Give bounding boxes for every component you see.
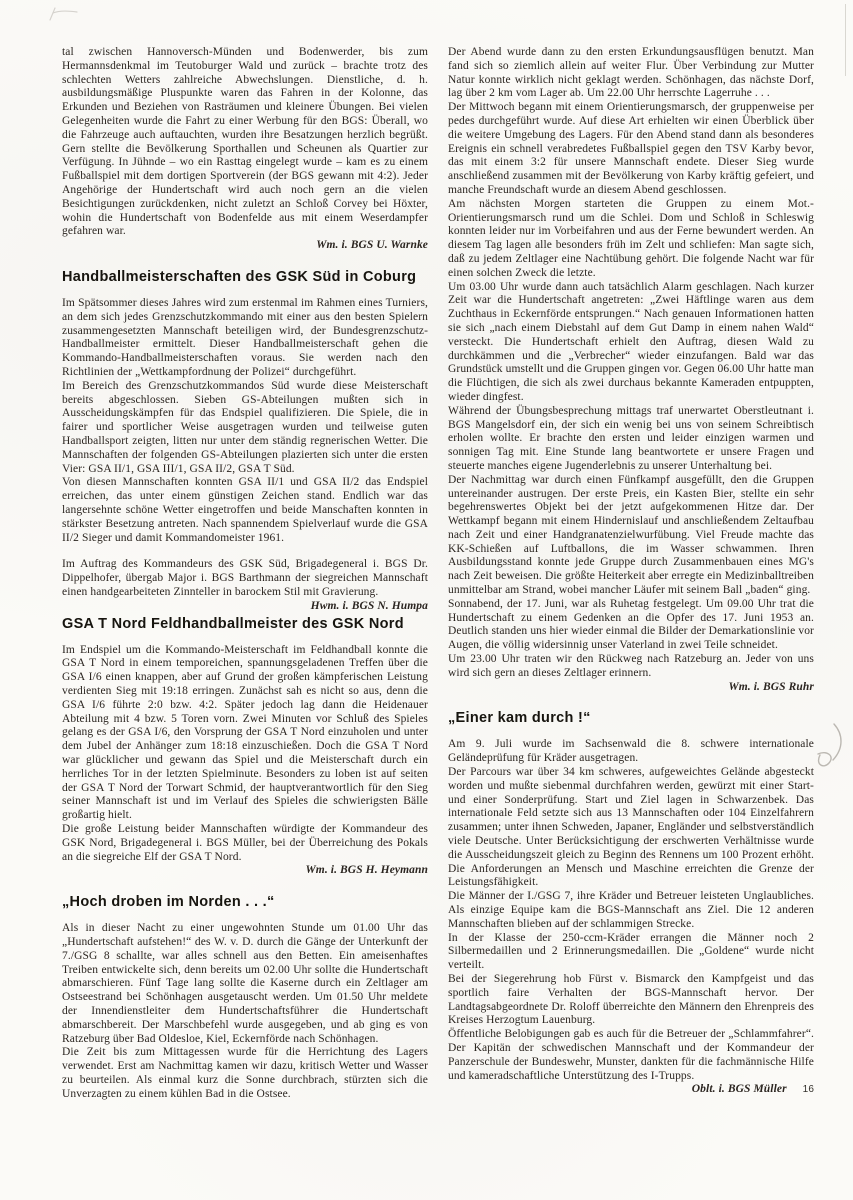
paragraph: Öffentliche Belobigungen gab es auch für…	[448, 1028, 814, 1083]
signature-row: Oblt. i. BGS Müller 16	[448, 1083, 814, 1097]
section-heading: „Einer kam durch !“	[448, 710, 814, 727]
paragraph: Als in dieser Nacht zu einer ungewohnten…	[62, 922, 428, 1046]
paragraph: Von diesen Mannschaften konnten GSA II/1…	[62, 476, 428, 545]
page-number: 16	[803, 1083, 814, 1097]
section-heading: „Hoch droben im Norden . . .“	[62, 894, 428, 911]
signature: Wm. i. BGS U. Warnke	[62, 239, 428, 253]
signature: Wm. i. BGS H. Heymann	[62, 864, 428, 878]
left-column: tal zwischen Hannoversch-Münden und Bode…	[62, 46, 428, 1102]
signature: Oblt. i. BGS Müller	[692, 1083, 787, 1097]
paragraph: Der Mittwoch begann mit einem Orientieru…	[448, 101, 814, 198]
paragraph: Im Bereich des Grenzschutzkommandos Süd …	[62, 380, 428, 477]
paragraph: Am 9. Juli wurde im Sachsenwald die 8. s…	[448, 738, 814, 766]
paragraph: Bei der Siegerehrung hob Fürst v. Bismar…	[448, 973, 814, 1028]
scan-edge-line	[845, 4, 846, 76]
paragraph: In der Klasse der 250-ccm-Kräder errange…	[448, 932, 814, 973]
two-column-layout: tal zwischen Hannoversch-Münden und Bode…	[0, 0, 853, 1102]
paragraph: Der Nachmittag war durch einen Fünfkampf…	[448, 474, 814, 598]
paragraph: Am nächsten Morgen starteten die Gruppen…	[448, 198, 814, 281]
paragraph: Sonnabend, der 17. Juni, war als Ruhetag…	[448, 598, 814, 653]
paragraph: Im Endspiel um die Kommando-Meisterschaf…	[62, 644, 428, 823]
paragraph: Während der Übungsbesprechung mittags tr…	[448, 405, 814, 474]
section-heading: Handballmeisterschaften des GSK Süd in C…	[62, 269, 428, 286]
paragraph: Die Männer der I./GSG 7, ihre Kräder und…	[448, 890, 814, 931]
paragraph: Um 03.00 Uhr wurde dann auch tatsächlich…	[448, 281, 814, 405]
paragraph: Die Zeit bis zum Mittagessen wurde für d…	[62, 1046, 428, 1101]
right-column: Der Abend wurde dann zu den ersten Erkun…	[448, 46, 814, 1102]
paragraph: tal zwischen Hannoversch-Münden und Bode…	[62, 46, 428, 239]
paragraph: Im Auftrag des Kommandeurs des GSK Süd, …	[62, 558, 428, 599]
signature: Wm. i. BGS Ruhr	[448, 681, 814, 695]
section-heading: GSA T Nord Feldhandballmeister des GSK N…	[62, 616, 428, 633]
paragraph: Im Spätsommer dieses Jahres wird zum ers…	[62, 297, 428, 380]
signature: Hwm. i. BGS N. Humpa	[311, 600, 428, 614]
paragraph: Die große Leistung beider Mannschaften w…	[62, 823, 428, 864]
paragraph: Der Abend wurde dann zu den ersten Erkun…	[448, 46, 814, 101]
magazine-page: tal zwischen Hannoversch-Münden und Bode…	[0, 0, 853, 1200]
paragraph-text: Im Auftrag des Kommandeurs des GSK Süd, …	[62, 558, 428, 598]
paragraph: Der Parcours war über 34 km schweres, au…	[448, 766, 814, 890]
pencil-mark	[46, 4, 82, 24]
pen-mark	[806, 722, 848, 772]
paragraph: Um 23.00 Uhr traten wir den Rückweg nach…	[448, 653, 814, 681]
